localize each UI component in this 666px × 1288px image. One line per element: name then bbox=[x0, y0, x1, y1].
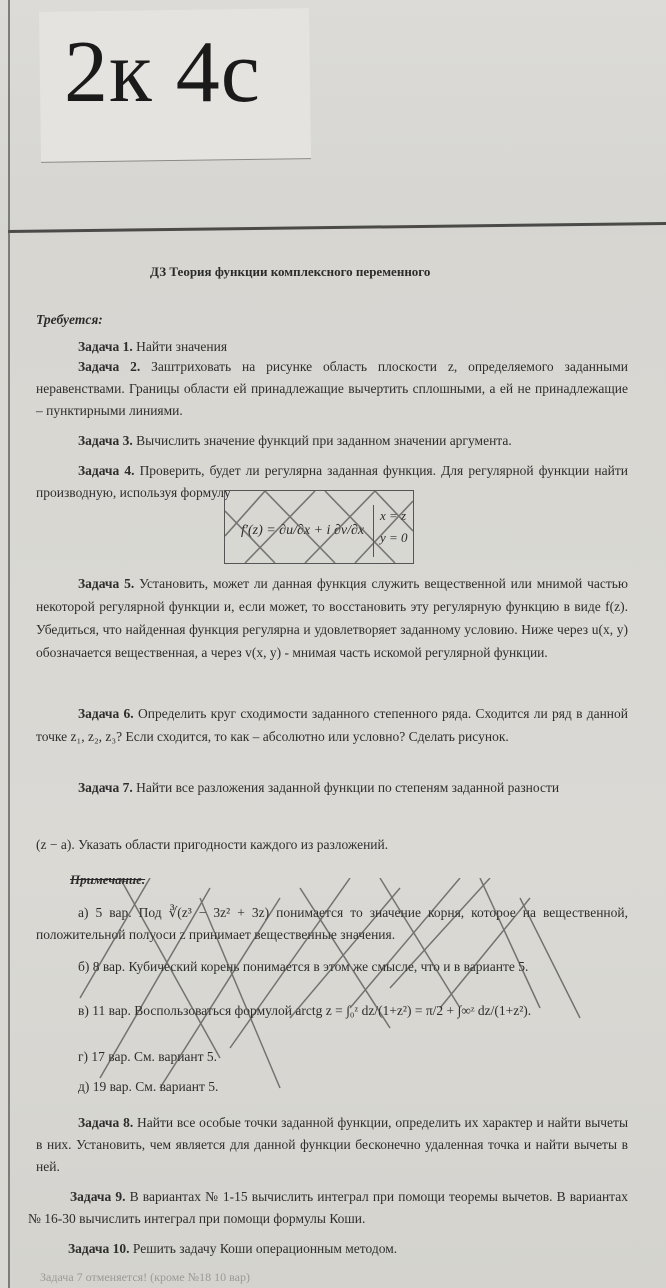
task-7: Задача 7. Найти все разложения заданной … bbox=[36, 776, 628, 800]
formula-cond-x: x = z bbox=[380, 505, 408, 527]
task-number: Задача 2. bbox=[78, 359, 140, 374]
required-label: Требуется: bbox=[36, 312, 103, 328]
note-heading: Примечание. bbox=[70, 872, 145, 888]
note-item-b: б) 8 вар. Кубический корень понимается в… bbox=[78, 956, 638, 978]
note-item-d: г) 17 вар. См. вариант 5. bbox=[78, 1046, 638, 1068]
left-edge-line bbox=[8, 0, 10, 1288]
top-sheet: 2к 4с bbox=[0, 0, 666, 240]
task-number: Задача 9. bbox=[70, 1189, 126, 1204]
formula-cond-y: y = 0 bbox=[380, 527, 408, 549]
task-number: Задача 8. bbox=[78, 1115, 133, 1130]
task-number: Задача 3. bbox=[78, 433, 133, 448]
task-1: Задача 1. Найти значения bbox=[78, 336, 638, 358]
task-number: Задача 4. bbox=[78, 463, 134, 478]
task-text: Решить задачу Коши операционным методом. bbox=[133, 1241, 397, 1256]
note-item-c: в) 11 вар. Воспользоваться формулой arct… bbox=[78, 1000, 638, 1022]
task-7-continued: (z − a). Указать области пригодности каж… bbox=[36, 834, 628, 856]
task-10: Задача 10. Решить задачу Коши операционн… bbox=[68, 1238, 628, 1260]
task-3: Задача 3. Вычислить значение функций при… bbox=[78, 430, 638, 452]
formula-main: f′(z) = ∂u/∂x + i ∂v/∂x bbox=[241, 523, 364, 539]
note-item-e: д) 19 вар. См. вариант 5. bbox=[78, 1076, 638, 1098]
task-9: Задача 9. В вариантах № 1-15 вычислить и… bbox=[28, 1186, 628, 1230]
note-item-a: а) 5 вар. Под ∛(z³ − 3z² + 3z) понимаетс… bbox=[36, 902, 628, 946]
task-text: Вычислить значение функций при заданном … bbox=[136, 433, 512, 448]
task-6: Задача 6. Определить круг сходимости зад… bbox=[36, 702, 628, 748]
task-text: Найти значения bbox=[136, 339, 227, 354]
task-number: Задача 6. bbox=[78, 706, 134, 721]
task-number: Задача 10. bbox=[68, 1241, 130, 1256]
task-5: Задача 5. Установить, может ли данная фу… bbox=[36, 572, 628, 664]
task-number: Задача 1. bbox=[78, 339, 133, 354]
document-title: ДЗ Теория функции комплексного переменно… bbox=[150, 264, 430, 280]
derivative-formula: f′(z) = ∂u/∂x + i ∂v/∂x x = z y = 0 bbox=[224, 490, 414, 564]
faint-bleed-through-text: Задача 7 отменяется! (кроме №18 10 вар) bbox=[40, 1270, 250, 1285]
task-8: Задача 8. Найти все особые точки заданно… bbox=[36, 1112, 628, 1178]
formula-conditions: x = z y = 0 bbox=[373, 505, 408, 557]
task-number: Задача 7. bbox=[78, 780, 133, 795]
task-number: Задача 5. bbox=[78, 576, 134, 591]
task-2: Задача 2. Заштриховать на рисунке област… bbox=[36, 356, 628, 422]
task-text: Найти все разложения заданной функции по… bbox=[136, 780, 559, 795]
group-label: 2к 4с bbox=[64, 22, 261, 123]
